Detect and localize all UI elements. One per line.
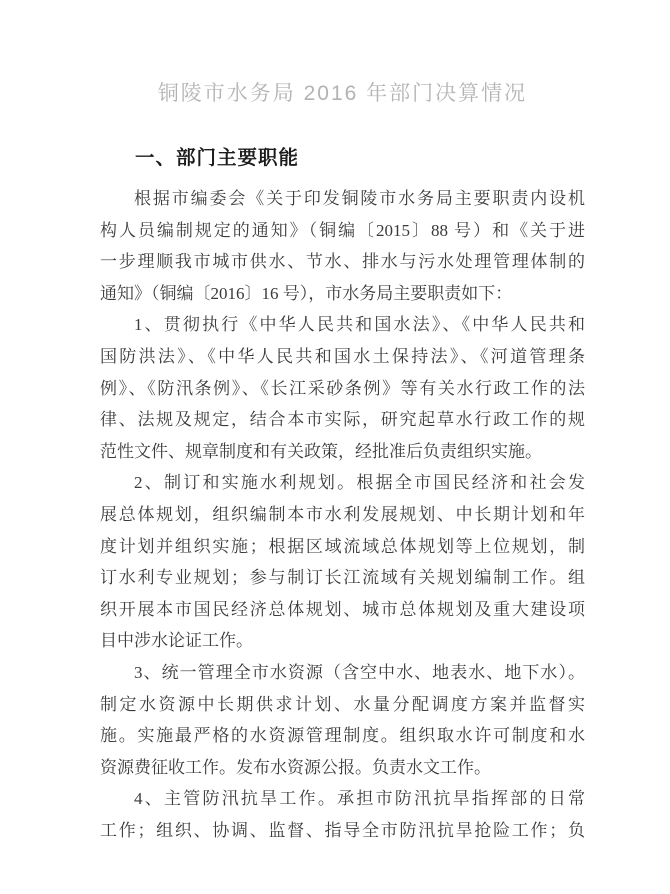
paragraph: 2、制订和实施水利规划。根据全市国民经济和社会发展总体规划，组织编制本市水利发展…	[100, 467, 585, 657]
paragraph: 根据市编委会《关于印发铜陵市水务局主要职责内设机构人员编制规定的通知》（铜编〔2…	[100, 183, 585, 309]
text-line: 律、法规及规定，结合本市实际，研究起草水行政工作的规	[100, 404, 585, 436]
section-heading: 一、部门主要职能	[100, 145, 585, 172]
text-line: 工作；组织、协调、监督、指导全市防汛抗旱抢险工作；负	[100, 815, 585, 847]
text-line: 施。实施最严格的水资源管理制度。组织取水许可制度和水	[100, 720, 585, 752]
document-page: 铜陵市水务局 2016 年部门决算情况 一、部门主要职能 根据市编委会《关于印发…	[0, 0, 670, 894]
paragraph: 3、统一管理全市水资源（含空中水、地表水、地下水）。制定水资源中长期供求计划、水…	[100, 657, 585, 783]
text-line: 展总体规划，组织编制本市水利发展规划、中长期计划和年	[100, 499, 585, 531]
text-line: 制定水资源中长期供求计划、水量分配调度方案并监督实	[100, 689, 585, 721]
text-line: 根据市编委会《关于印发铜陵市水务局主要职责内设机	[100, 183, 585, 215]
paragraph: 4、主管防汛抗旱工作。承担市防汛抗旱指挥部的日常工作；组织、协调、监督、指导全市…	[100, 783, 585, 846]
text-line: 国防洪法》、《中华人民共和国水土保持法》、《河道管理条	[100, 341, 585, 373]
text-line: 度计划并组织实施；根据区域流域总体规划等上位规划，制	[100, 531, 585, 563]
text-line: 1、贯彻执行《中华人民共和国水法》、《中华人民共和	[100, 309, 585, 341]
document-title: 铜陵市水务局 2016 年部门决算情况	[100, 79, 585, 109]
document-body: 根据市编委会《关于印发铜陵市水务局主要职责内设机构人员编制规定的通知》（铜编〔2…	[100, 183, 585, 846]
text-line: 3、统一管理全市水资源（含空中水、地表水、地下水）。	[100, 657, 585, 689]
text-line: 4、主管防汛抗旱工作。承担市防汛抗旱指挥部的日常	[100, 783, 585, 815]
text-line: 通知》（铜编〔2016〕16 号），市水务局主要职责如下：	[100, 278, 585, 310]
text-line: 织开展本市国民经济总体规划、城市总体规划及重大建设项	[100, 594, 585, 626]
text-line: 范性文件、规章制度和有关政策，经批准后负责组织实施。	[100, 436, 585, 468]
text-line: 目中涉水论证工作。	[100, 625, 585, 657]
text-line: 资源费征收工作。发布水资源公报。负责水文工作。	[100, 752, 585, 784]
text-line: 例》、《防汛条例》、《长江采砂条例》等有关水行政工作的法	[100, 373, 585, 405]
text-line: 2、制订和实施水利规划。根据全市国民经济和社会发	[100, 467, 585, 499]
text-line: 一步理顺我市城市供水、节水、排水与污水处理管理体制的	[100, 246, 585, 278]
text-line: 构人员编制规定的通知》（铜编〔2015〕88 号）和《关于进	[100, 215, 585, 247]
paragraph: 1、贯彻执行《中华人民共和国水法》、《中华人民共和国防洪法》、《中华人民共和国水…	[100, 309, 585, 467]
text-line: 订水利专业规划；参与制订长江流域有关规划编制工作。组	[100, 562, 585, 594]
